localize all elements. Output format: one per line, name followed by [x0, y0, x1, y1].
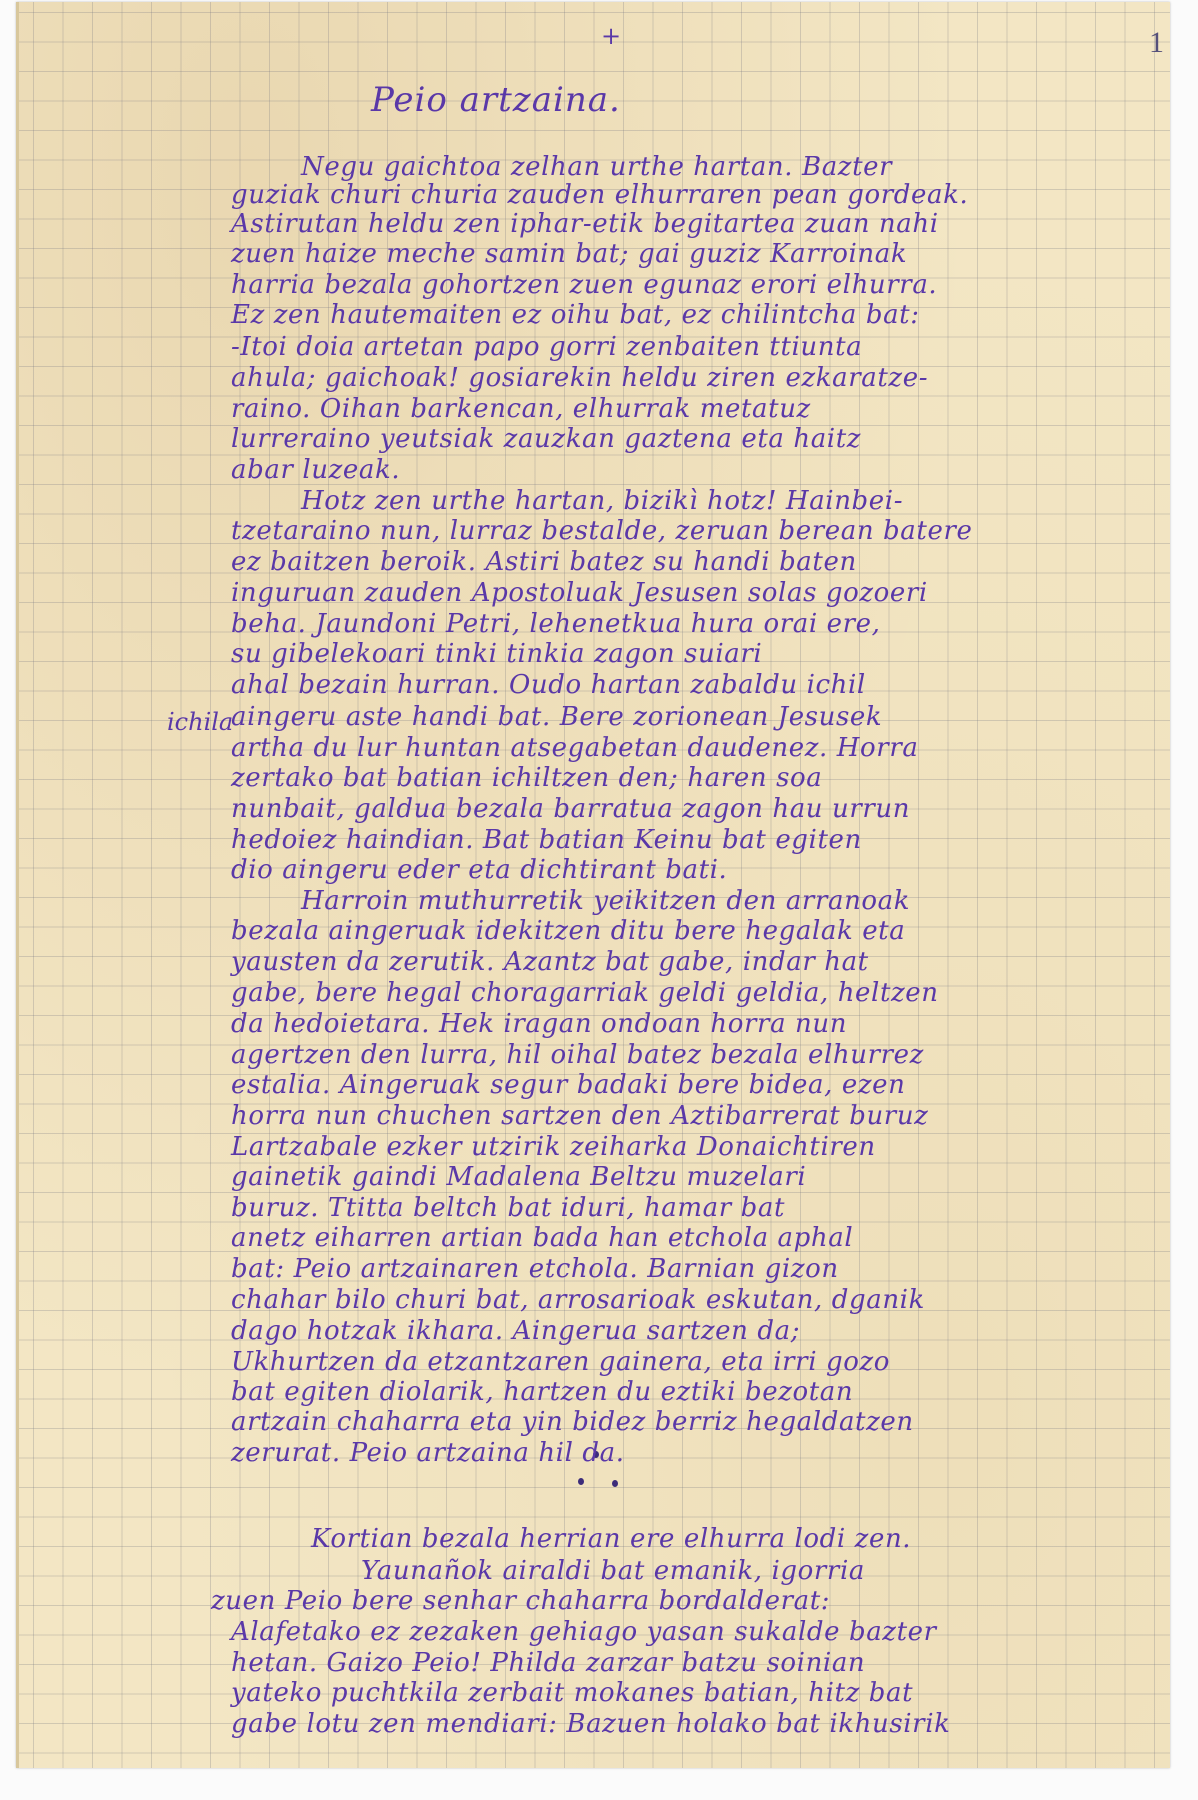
manuscript-line: ahal bezain hurran. Oudo hartan zabaldu … [231, 668, 866, 702]
manuscript-line: raino. Oihan barkencan, elhurrak metatuz [231, 392, 811, 426]
manuscript-line: zuen Peio bere senhar chaharra bordalder… [211, 1584, 830, 1618]
manuscript-line: bezala aingeruak idekitzen ditu bere heg… [231, 914, 905, 948]
manuscript-line: Ez zen hautemaiten ez oihu bat, ez chili… [231, 298, 920, 332]
manuscript-line: yausten da zerutik. Azantz bat gabe, ind… [231, 945, 869, 979]
manuscript-line: agertzen den lurra, hil oihal batez beza… [231, 1038, 924, 1072]
manuscript-line: artzain chaharra eta yin bidez berriz he… [231, 1405, 914, 1439]
manuscript-line: tzetaraino nun, lurraz bestalde, zeruan … [231, 514, 972, 548]
manuscript-line: artha du lur huntan atsegabetan daudenez… [231, 731, 918, 765]
manuscript-line: lurreraino yeutsiak zauzkan gaztena eta … [231, 422, 861, 456]
manuscript-line: Lartzabale ezker utzirik zeiharka Donaic… [231, 1130, 876, 1164]
manuscript-line: zertako bat batian ichiltzen den; haren … [231, 761, 822, 795]
manuscript-line: ahula; gaichoak! gosiarekin heldu ziren … [231, 361, 928, 395]
page-title: Peio artzaina. [371, 80, 621, 120]
manuscript-line: Ukhurtzen da etzantzaren gainera, eta ir… [231, 1345, 890, 1379]
manuscript-line: Astirutan heldu zen iphar-etik begitarte… [231, 207, 939, 241]
manuscript-line: zuen haize meche samin bat; gai guziz Ka… [231, 237, 907, 271]
manuscript-line: yateko puchtkila zerbait mokanes batian,… [231, 1676, 913, 1710]
manuscript-line: ez baitzen beroik. Astiri batez su handi… [231, 545, 857, 579]
manuscript-line: dago hotzak ikhara. Aingerua sartzen da; [231, 1314, 800, 1348]
manuscript-line: gabe, bere hegal choragarriak geldi geld… [231, 976, 939, 1010]
manuscript-line: Harroin muthurretik yeikitzen den arrano… [301, 884, 910, 918]
manuscript-line: horra nun chuchen sartzen den Aztibarrer… [231, 1099, 928, 1133]
manuscript-line: nunbait, galdua bezala barratua zagon ha… [231, 792, 910, 826]
manuscript-line: Alafetako ez zezaken gehiago yasan sukal… [231, 1615, 937, 1649]
separator-dot [612, 1480, 618, 1487]
manuscript-line: -Itoi doia artetan papo gorri zenbaiten … [231, 330, 862, 364]
manuscript-line: hetan. Gaizo Peio! Philda zarzar batzu s… [231, 1646, 865, 1680]
manuscript-line: hedoiez haindian. Bat batian Keinu bat e… [231, 823, 862, 857]
manuscript-line: aingeru aste handi bat. Bere zorionean J… [231, 700, 882, 734]
margin-note: ichila [167, 708, 233, 736]
manuscript-line: harria bezala gohortzen zuen egunaz eror… [231, 268, 937, 302]
cross-mark: + [601, 24, 621, 48]
manuscript-line: Hotz zen urthe hartan, bizikì hotz! Hain… [301, 484, 903, 518]
manuscript-line: dio aingeru eder eta dichtirant bati. [231, 853, 727, 887]
manuscript-line: estalia. Aingeruak segur badaki bere bid… [231, 1068, 905, 1102]
manuscript-line: bat egiten diolarik, hartzen du eztiki b… [231, 1375, 853, 1409]
manuscript-line: buruz. Ttitta beltch bat iduri, hamar ba… [231, 1191, 785, 1225]
manuscript-line: zerurat. Peio artzaina hil da. [231, 1436, 625, 1470]
manuscript-line: su gibelekoari tinki tinkia zagon suiari [231, 637, 762, 671]
manuscript-line: da hedoietara. Hek iragan ondoan horra n… [231, 1007, 847, 1041]
page-number: 1 [1149, 28, 1164, 58]
manuscript-line: abar luzeak. [231, 453, 400, 487]
manuscript-line: beha. Jaundoni Petri, lehenetkua hura or… [231, 607, 880, 641]
manuscript-line: Kortian bezala herrian ere elhurra lodi … [311, 1522, 911, 1556]
separator-dot [578, 1478, 584, 1485]
manuscript-line: anetz eiharren artian bada han etchola a… [231, 1221, 853, 1255]
manuscript-line: bat: Peio artzainaren etchola. Barnian g… [231, 1252, 839, 1286]
manuscript-line: Yaunañok airaldi bat emanik, igorria [361, 1554, 865, 1588]
manuscript-page: + 1 Peio artzaina. ichila Negu gaichtoa … [16, 2, 1170, 1768]
manuscript-line: inguruan zauden Apostoluak Jesusen solas… [231, 576, 928, 610]
manuscript-line: gainetik gaindi Madalena Beltzu muzelari [231, 1160, 806, 1194]
manuscript-line: gabe lotu zen mendiari: Bazuen holako ba… [231, 1707, 951, 1741]
manuscript-line: chahar bilo churi bat, arrosarioak eskut… [231, 1283, 925, 1317]
